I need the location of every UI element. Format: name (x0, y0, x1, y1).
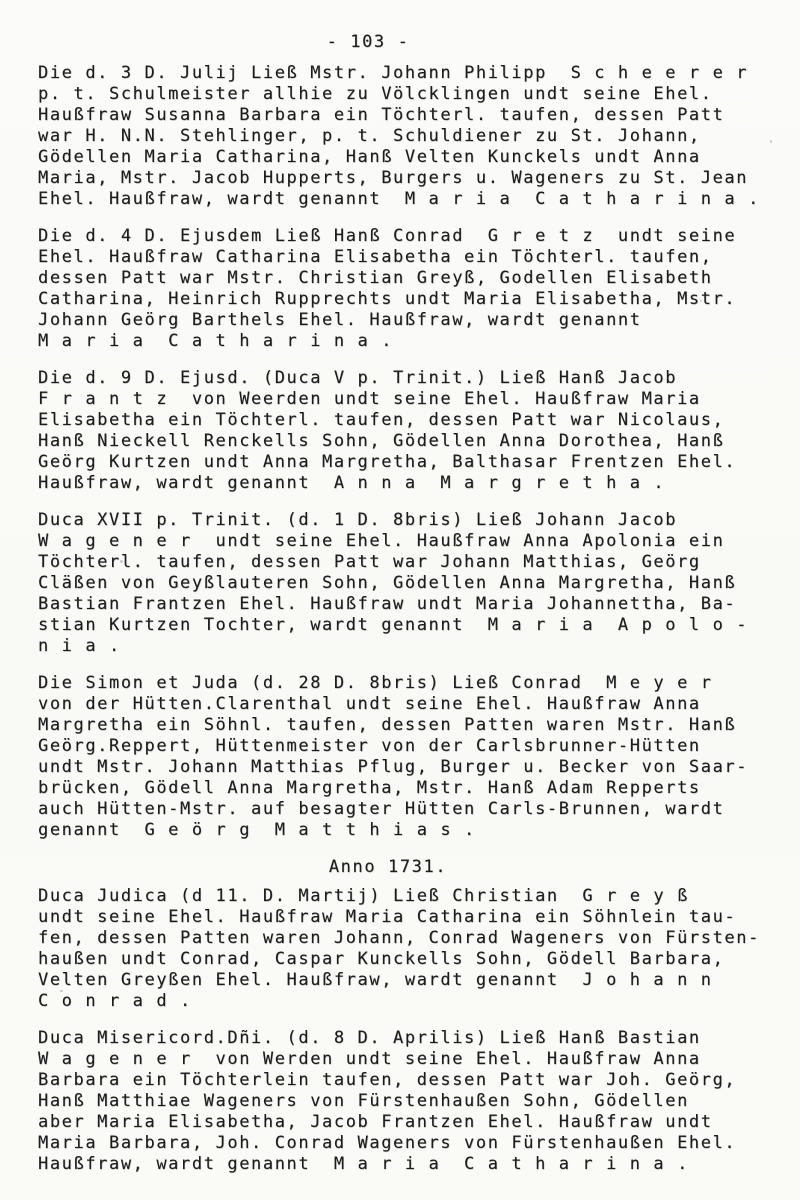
baptism-entry-wagener-1730: Duca XVII p. Trinit. (d. 1 D. 8bris) Lie… (38, 510, 774, 657)
page-number: - 103 - (38, 32, 698, 53)
baptism-entry-meyer: Die Simon et Juda (d. 28 D. 8bris) Ließ … (38, 673, 774, 841)
register-page: - 103 - Die d. 3 D. Julij Ließ Mstr. Joh… (0, 0, 800, 1200)
year-heading-1731: Anno 1731. (38, 857, 738, 878)
baptism-entry-wagener-1731: Duca Misericord.Dñi. (d. 8 D. Aprilis) L… (38, 1028, 774, 1175)
baptism-entry-greyss: Duca Judica (d 11. D. Martij) Ließ Chris… (38, 886, 774, 1012)
baptism-entry-frantz: Die d. 9 D. Ejusd. (Duca V p. Trinit.) L… (38, 368, 774, 494)
baptism-entry-gretz: Die d. 4 D. Ejusdem Ließ Hanß Conrad G r… (38, 226, 774, 352)
baptism-entry-scheerer: Die d. 3 D. Julij Ließ Mstr. Johann Phil… (38, 63, 774, 210)
